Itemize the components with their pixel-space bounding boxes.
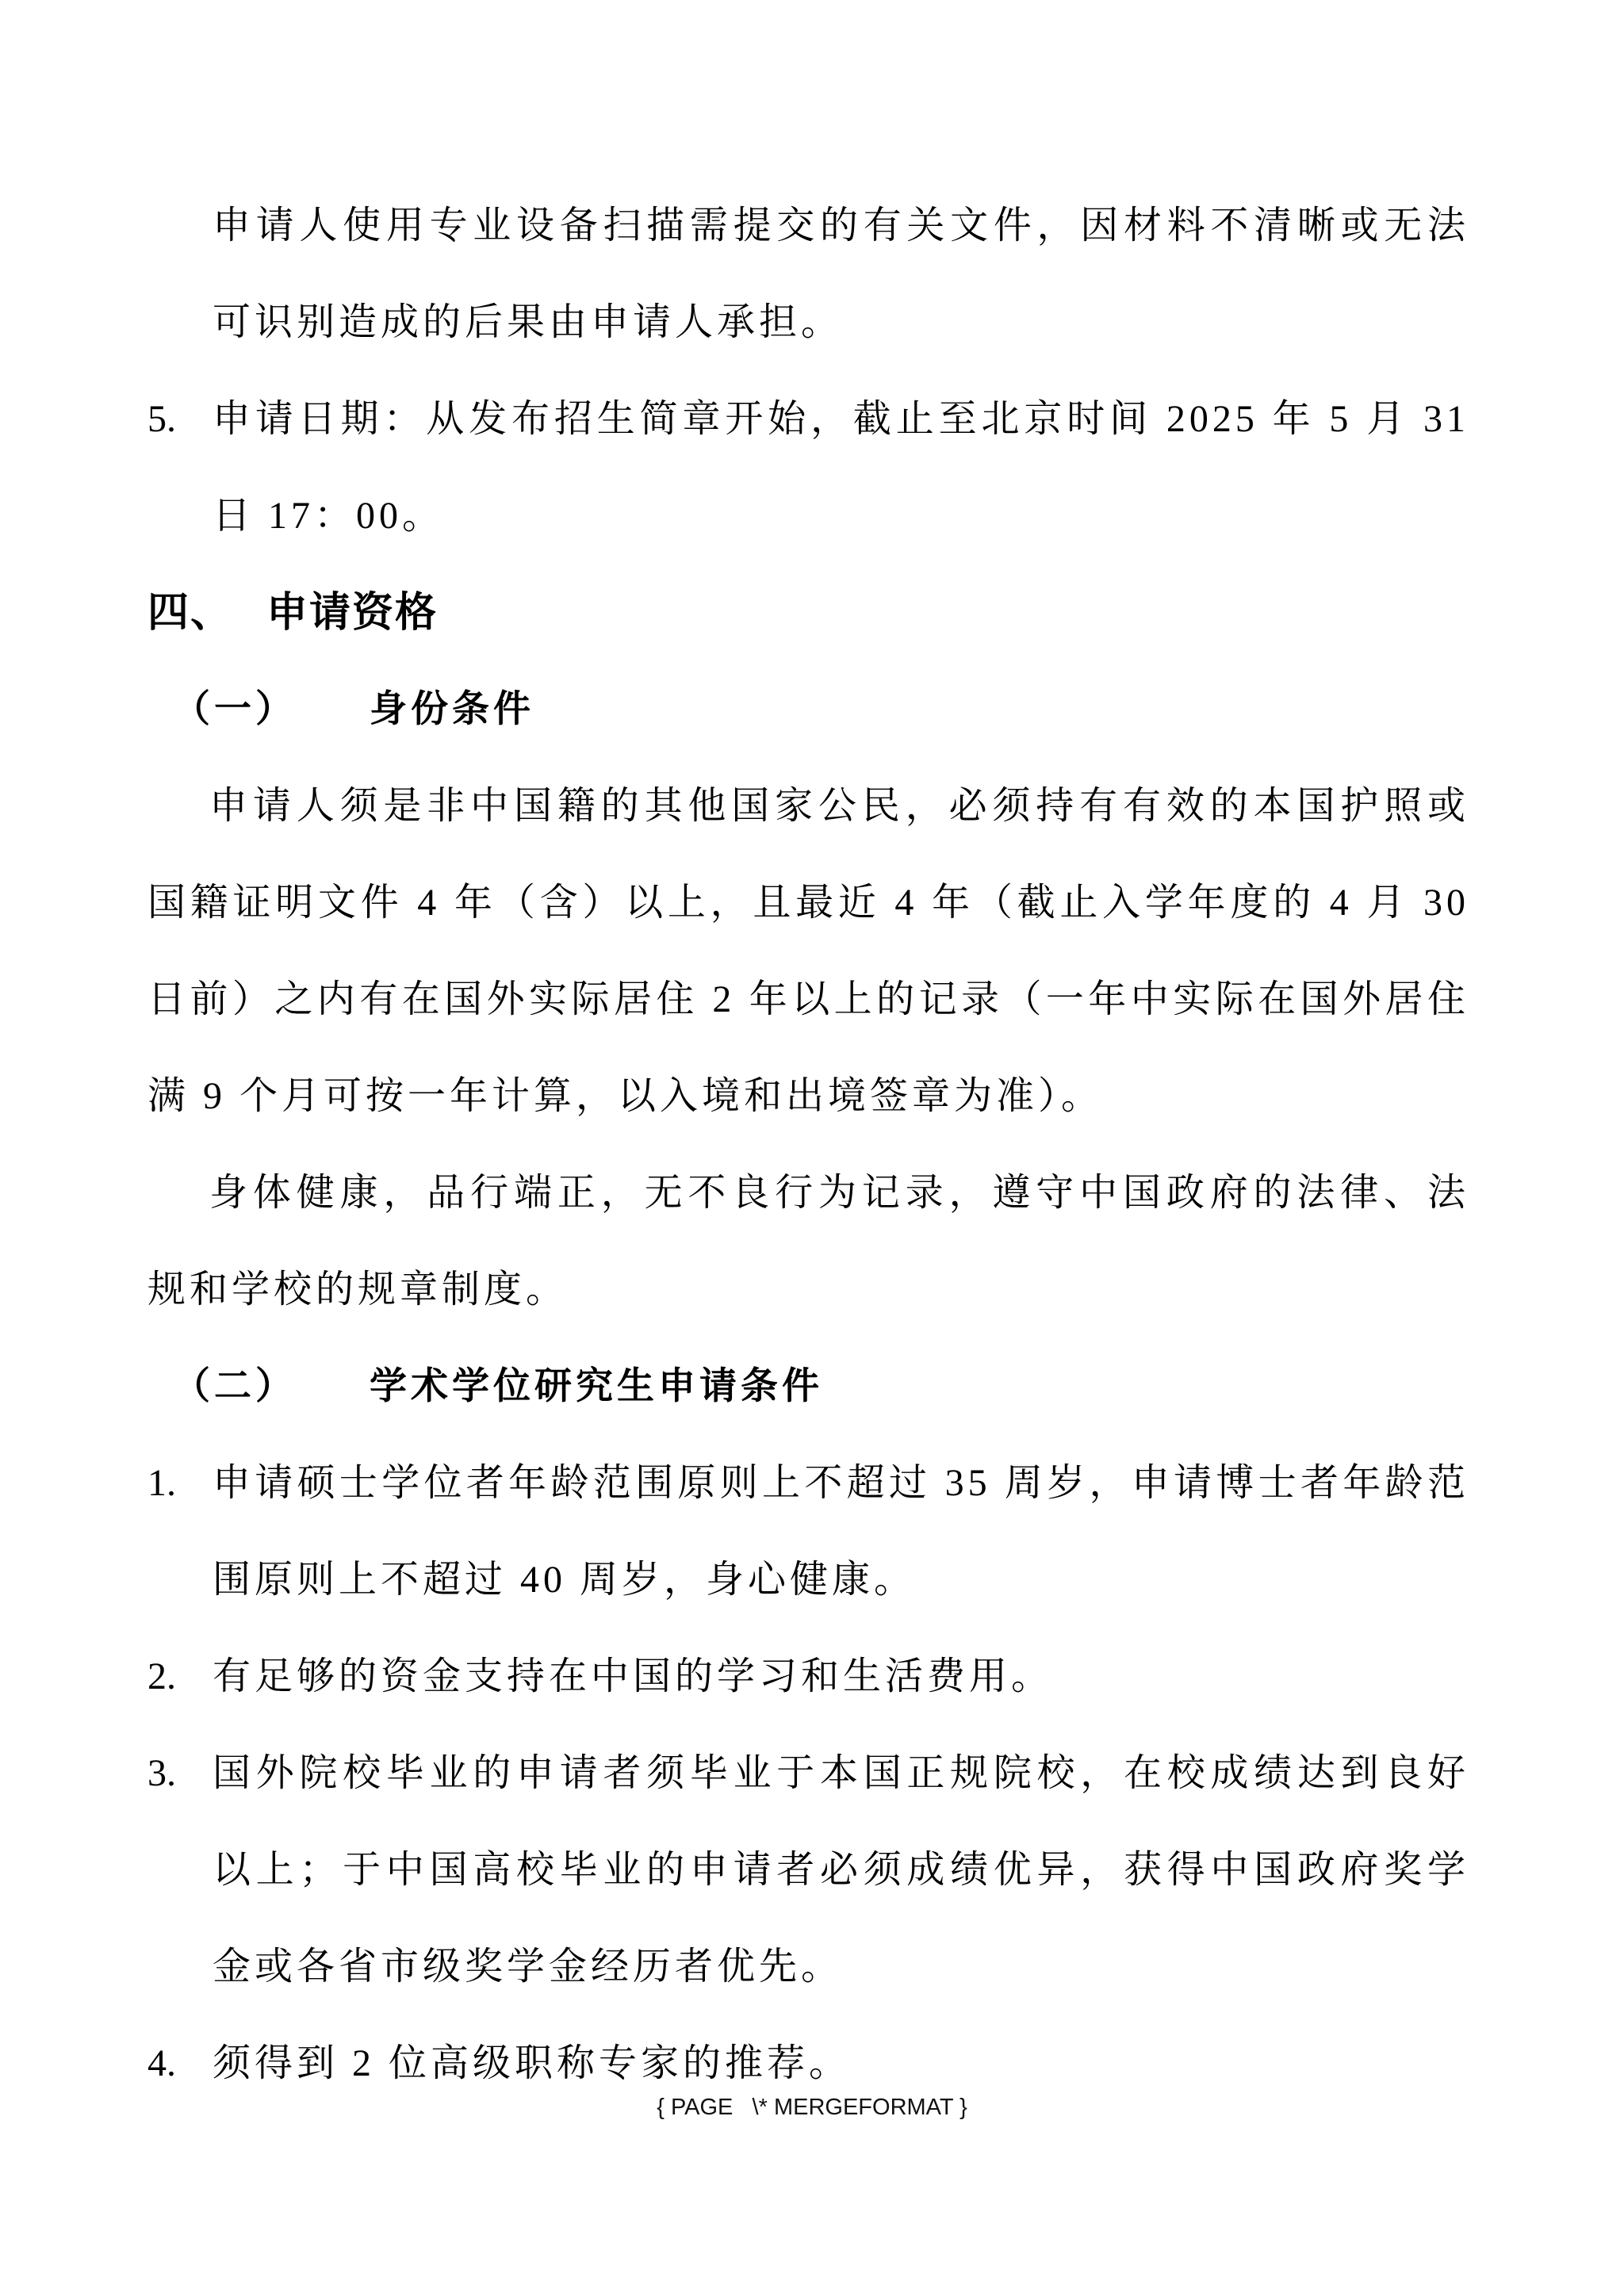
subsection-title: 学术学位研究生申请条件 bbox=[370, 1366, 823, 1407]
list-number: 5. bbox=[147, 371, 176, 468]
document-page: 申请人使用专业设备扫描需提交的有关文件，因材料不清晰或无法可识别造成的后果由申请… bbox=[0, 0, 1624, 2296]
section-numeral: 四、 bbox=[147, 590, 233, 636]
section-heading-application-eligibility: 四、申请资格 bbox=[147, 564, 1469, 661]
list-number: 2. bbox=[147, 1628, 176, 1725]
document-body: 申请人使用专业设备扫描需提交的有关文件，因材料不清晰或无法可识别造成的后果由申请… bbox=[147, 178, 1469, 2112]
paragraph-scan-responsibility: 申请人使用专业设备扫描需提交的有关文件，因材料不清晰或无法可识别造成的后果由申请… bbox=[147, 178, 1469, 371]
list-number: 3. bbox=[147, 1725, 176, 1822]
list-number: 1. bbox=[147, 1435, 176, 1532]
subsection-heading-academic-degree: （二）学术学位研究生申请条件 bbox=[147, 1338, 1469, 1435]
paragraph-nationality-requirement: 申请人须是非中国籍的其他国家公民，必须持有有效的本国护照或国籍证明文件 4 年（… bbox=[147, 758, 1469, 1145]
list-text: 申请日期：从发布招生简章开始，截止至北京时间 2025 年 5 月 31 日 1… bbox=[213, 398, 1469, 537]
paragraph-health-conduct: 身体健康，品行端正，无不良行为记录，遵守中国政府的法律、法规和学校的规章制度。 bbox=[147, 1145, 1469, 1338]
subsection-heading-identity: （一）身份条件 bbox=[147, 661, 1469, 758]
section-title: 申请资格 bbox=[266, 590, 438, 636]
list-item-application-date: 5.申请日期：从发布招生简章开始，截止至北京时间 2025 年 5 月 31 日… bbox=[147, 371, 1469, 564]
list-text: 申请硕士学位者年龄范围原则上不超过 35 周岁，申请博士者年龄范围原则上不超过 … bbox=[213, 1462, 1469, 1601]
subsection-label: （一） bbox=[173, 689, 297, 730]
list-item-age-limit: 1.申请硕士学位者年龄范围原则上不超过 35 周岁，申请博士者年龄范围原则上不超… bbox=[147, 1435, 1469, 1628]
list-text: 须得到 2 位高级职称专家的推荐。 bbox=[213, 2042, 851, 2084]
list-item-financial-support: 2.有足够的资金支持在中国的学习和生活费用。 bbox=[147, 1628, 1469, 1725]
page-footer-field-code: { PAGE \* MERGEFORMAT } bbox=[0, 2095, 1624, 2121]
subsection-label: （二） bbox=[173, 1366, 297, 1407]
list-item-academic-record: 3.国外院校毕业的申请者须毕业于本国正规院校，在校成绩达到良好以上；于中国高校毕… bbox=[147, 1725, 1469, 2015]
subsection-title: 身份条件 bbox=[370, 689, 534, 730]
list-text: 国外院校毕业的申请者须毕业于本国正规院校，在校成绩达到良好以上；于中国高校毕业的… bbox=[213, 1752, 1469, 1988]
list-text: 有足够的资金支持在中国的学习和生活费用。 bbox=[213, 1655, 1053, 1697]
